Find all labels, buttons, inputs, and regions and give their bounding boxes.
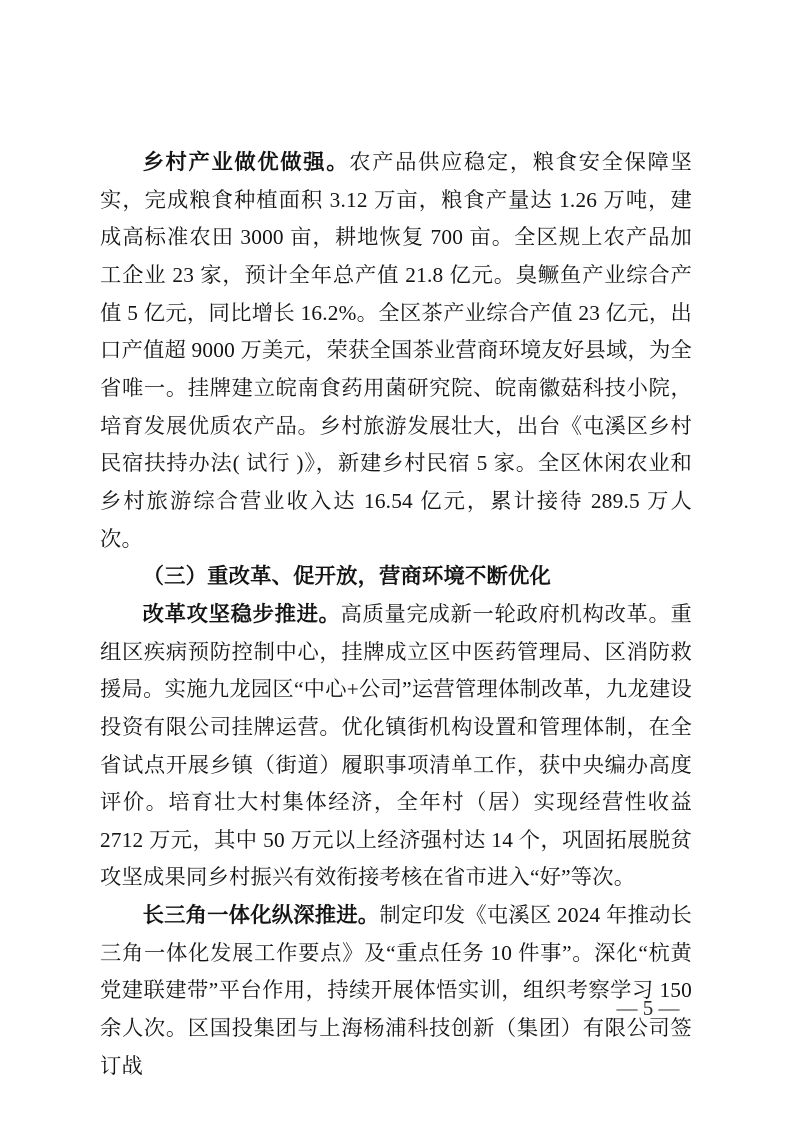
paragraph-lead: 改革攻坚稳步推进。	[143, 602, 341, 626]
section-heading: （三）重改革、促开放，营商环境不断优化	[100, 558, 692, 596]
paragraph: 长三角一体化纵深推进。制定印发《屯溪区 2024 年推动长三角一体化发展工作要点…	[100, 897, 692, 1085]
paragraph: 改革攻坚稳步推进。高质量完成新一轮政府机构改革。重组区疾病预防控制中心，挂牌成立…	[100, 596, 692, 897]
document-page: 乡村产业做优做强。农产品供应稳定，粮食安全保障坚实，完成粮食种植面积 3.12 …	[0, 0, 794, 1122]
paragraph: 乡村产业做优做强。农产品供应稳定，粮食安全保障坚实，完成粮食种植面积 3.12 …	[100, 144, 692, 558]
paragraph-lead: 长三角一体化纵深推进。	[143, 903, 380, 927]
document-body: 乡村产业做优做强。农产品供应稳定，粮食安全保障坚实，完成粮食种植面积 3.12 …	[100, 144, 692, 1085]
page-number: — 5 —	[603, 997, 693, 1019]
paragraph-lead: 乡村产业做优做强。	[143, 150, 350, 174]
